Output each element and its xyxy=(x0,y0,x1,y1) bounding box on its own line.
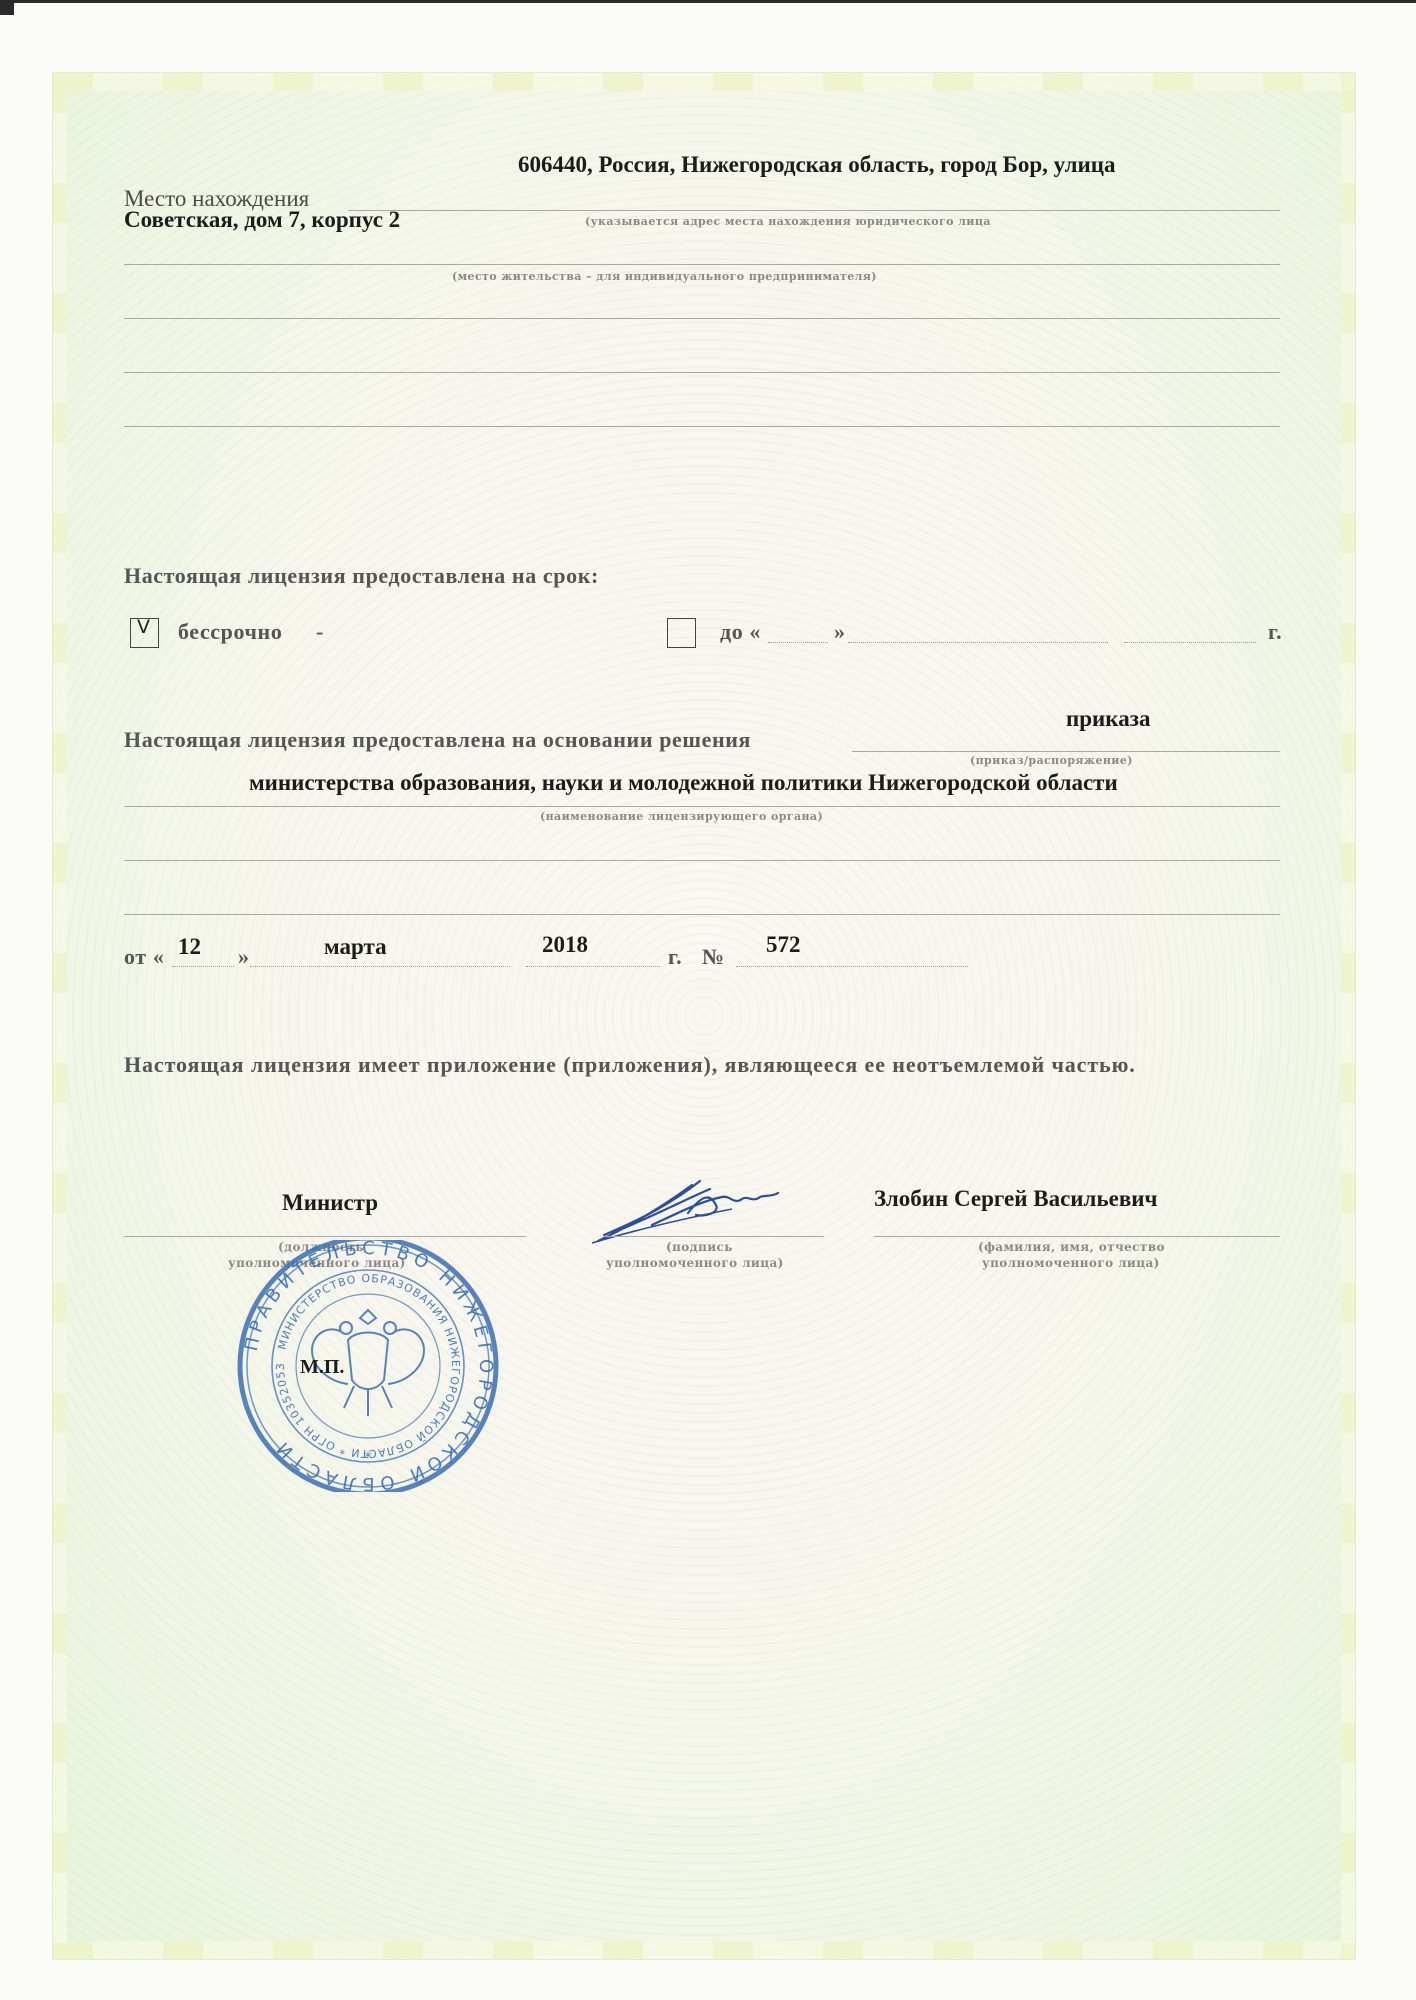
decision-type-rule xyxy=(852,751,1280,752)
option-unlimited-label: бессрочно xyxy=(178,619,282,645)
until-year-suffix: г. xyxy=(1268,619,1282,645)
authority-rule-1 xyxy=(124,806,1280,807)
signatory-full-name: Злобин Сергей Васильевич xyxy=(874,1186,1157,1212)
official-seal: ПРАВИТЕЛЬСТВО НИЖЕГОРОДСКОЙ ОБЛАСТИ МИНИ… xyxy=(232,1240,504,1492)
authority-rule-3 xyxy=(124,914,1280,915)
address-rule-4 xyxy=(124,372,1280,373)
address-line-1: 606440, Россия, Нижегородская область, г… xyxy=(518,152,1115,178)
basis-heading: Настоящая лицензия предоставлена на осно… xyxy=(124,727,751,753)
licensing-authority-value: министерства образования, науки и молоде… xyxy=(249,770,1118,796)
signature-hint-2: уполномоченного лица) xyxy=(606,1256,784,1270)
seal-place-label: М.П. xyxy=(300,1356,344,1379)
license-form-sheet xyxy=(52,72,1356,1960)
address-rule-3 xyxy=(124,318,1280,319)
check-mark-icon: V xyxy=(137,616,150,638)
authority-rule-2 xyxy=(124,860,1280,861)
decision-type-value: приказа xyxy=(1066,706,1150,732)
hint-individual-residence: (место жительства – для индивидуального … xyxy=(452,270,877,283)
address-line-2: Советская, дом 7, корпус 2 xyxy=(124,207,400,233)
decision-type-hint: (приказ/распоряжение) xyxy=(970,754,1133,767)
guilloche-border-bottom xyxy=(53,1941,1355,1959)
order-year-suffix: г. xyxy=(668,944,682,970)
option-unlimited-dash: - xyxy=(316,619,324,645)
order-day-rule xyxy=(172,966,234,967)
order-month-rule xyxy=(250,966,510,967)
hint-legal-entity-address: (указывается адрес места нахождения юрид… xyxy=(585,215,991,228)
order-month-value: марта xyxy=(324,934,387,960)
name-hint-2: уполномоченного лица) xyxy=(982,1256,1160,1270)
scan-corner-mark xyxy=(0,0,14,15)
order-number-value: 572 xyxy=(766,932,801,958)
checkbox-unlimited[interactable]: V xyxy=(130,618,159,648)
handwritten-signature xyxy=(592,1175,782,1245)
until-label-prefix: до « xyxy=(720,619,761,645)
until-day-field[interactable] xyxy=(768,642,828,643)
until-label-mid: » xyxy=(834,619,846,645)
checkbox-until-date[interactable] xyxy=(667,618,696,648)
address-rule-5 xyxy=(124,426,1280,427)
guilloche-border-left xyxy=(53,73,67,1959)
guilloche-border-right xyxy=(1341,73,1355,1959)
order-number-rule xyxy=(736,966,968,967)
name-hint-1: (фамилия, имя, отчество xyxy=(978,1240,1165,1254)
address-rule-2 xyxy=(124,264,1280,265)
signature-rule xyxy=(604,1236,824,1237)
order-day-value: 12 xyxy=(178,934,201,960)
address-rule-1 xyxy=(348,210,1280,211)
until-month-field[interactable] xyxy=(848,642,1108,643)
order-year-value: 2018 xyxy=(542,932,588,958)
until-year-field[interactable] xyxy=(1124,642,1256,643)
authority-hint: (наименование лицензирующего органа) xyxy=(540,810,823,823)
order-year-rule xyxy=(526,966,660,967)
svg-text:*: * xyxy=(365,1450,372,1466)
order-date-prefix: от « xyxy=(124,944,164,970)
scan-top-edge xyxy=(0,0,1416,3)
appendix-note: Настоящая лицензия имеет приложение (при… xyxy=(124,1052,1136,1078)
position-rule xyxy=(124,1236,526,1237)
name-rule xyxy=(874,1236,1280,1237)
signatory-position-value: Министр xyxy=(282,1190,378,1216)
term-heading: Настоящая лицензия предоставлена на срок… xyxy=(124,563,599,589)
order-number-sign: № xyxy=(702,944,725,970)
guilloche-border-top xyxy=(53,73,1355,91)
order-date-close: » xyxy=(238,944,250,970)
signature-hint-1: (подпись xyxy=(666,1240,733,1254)
